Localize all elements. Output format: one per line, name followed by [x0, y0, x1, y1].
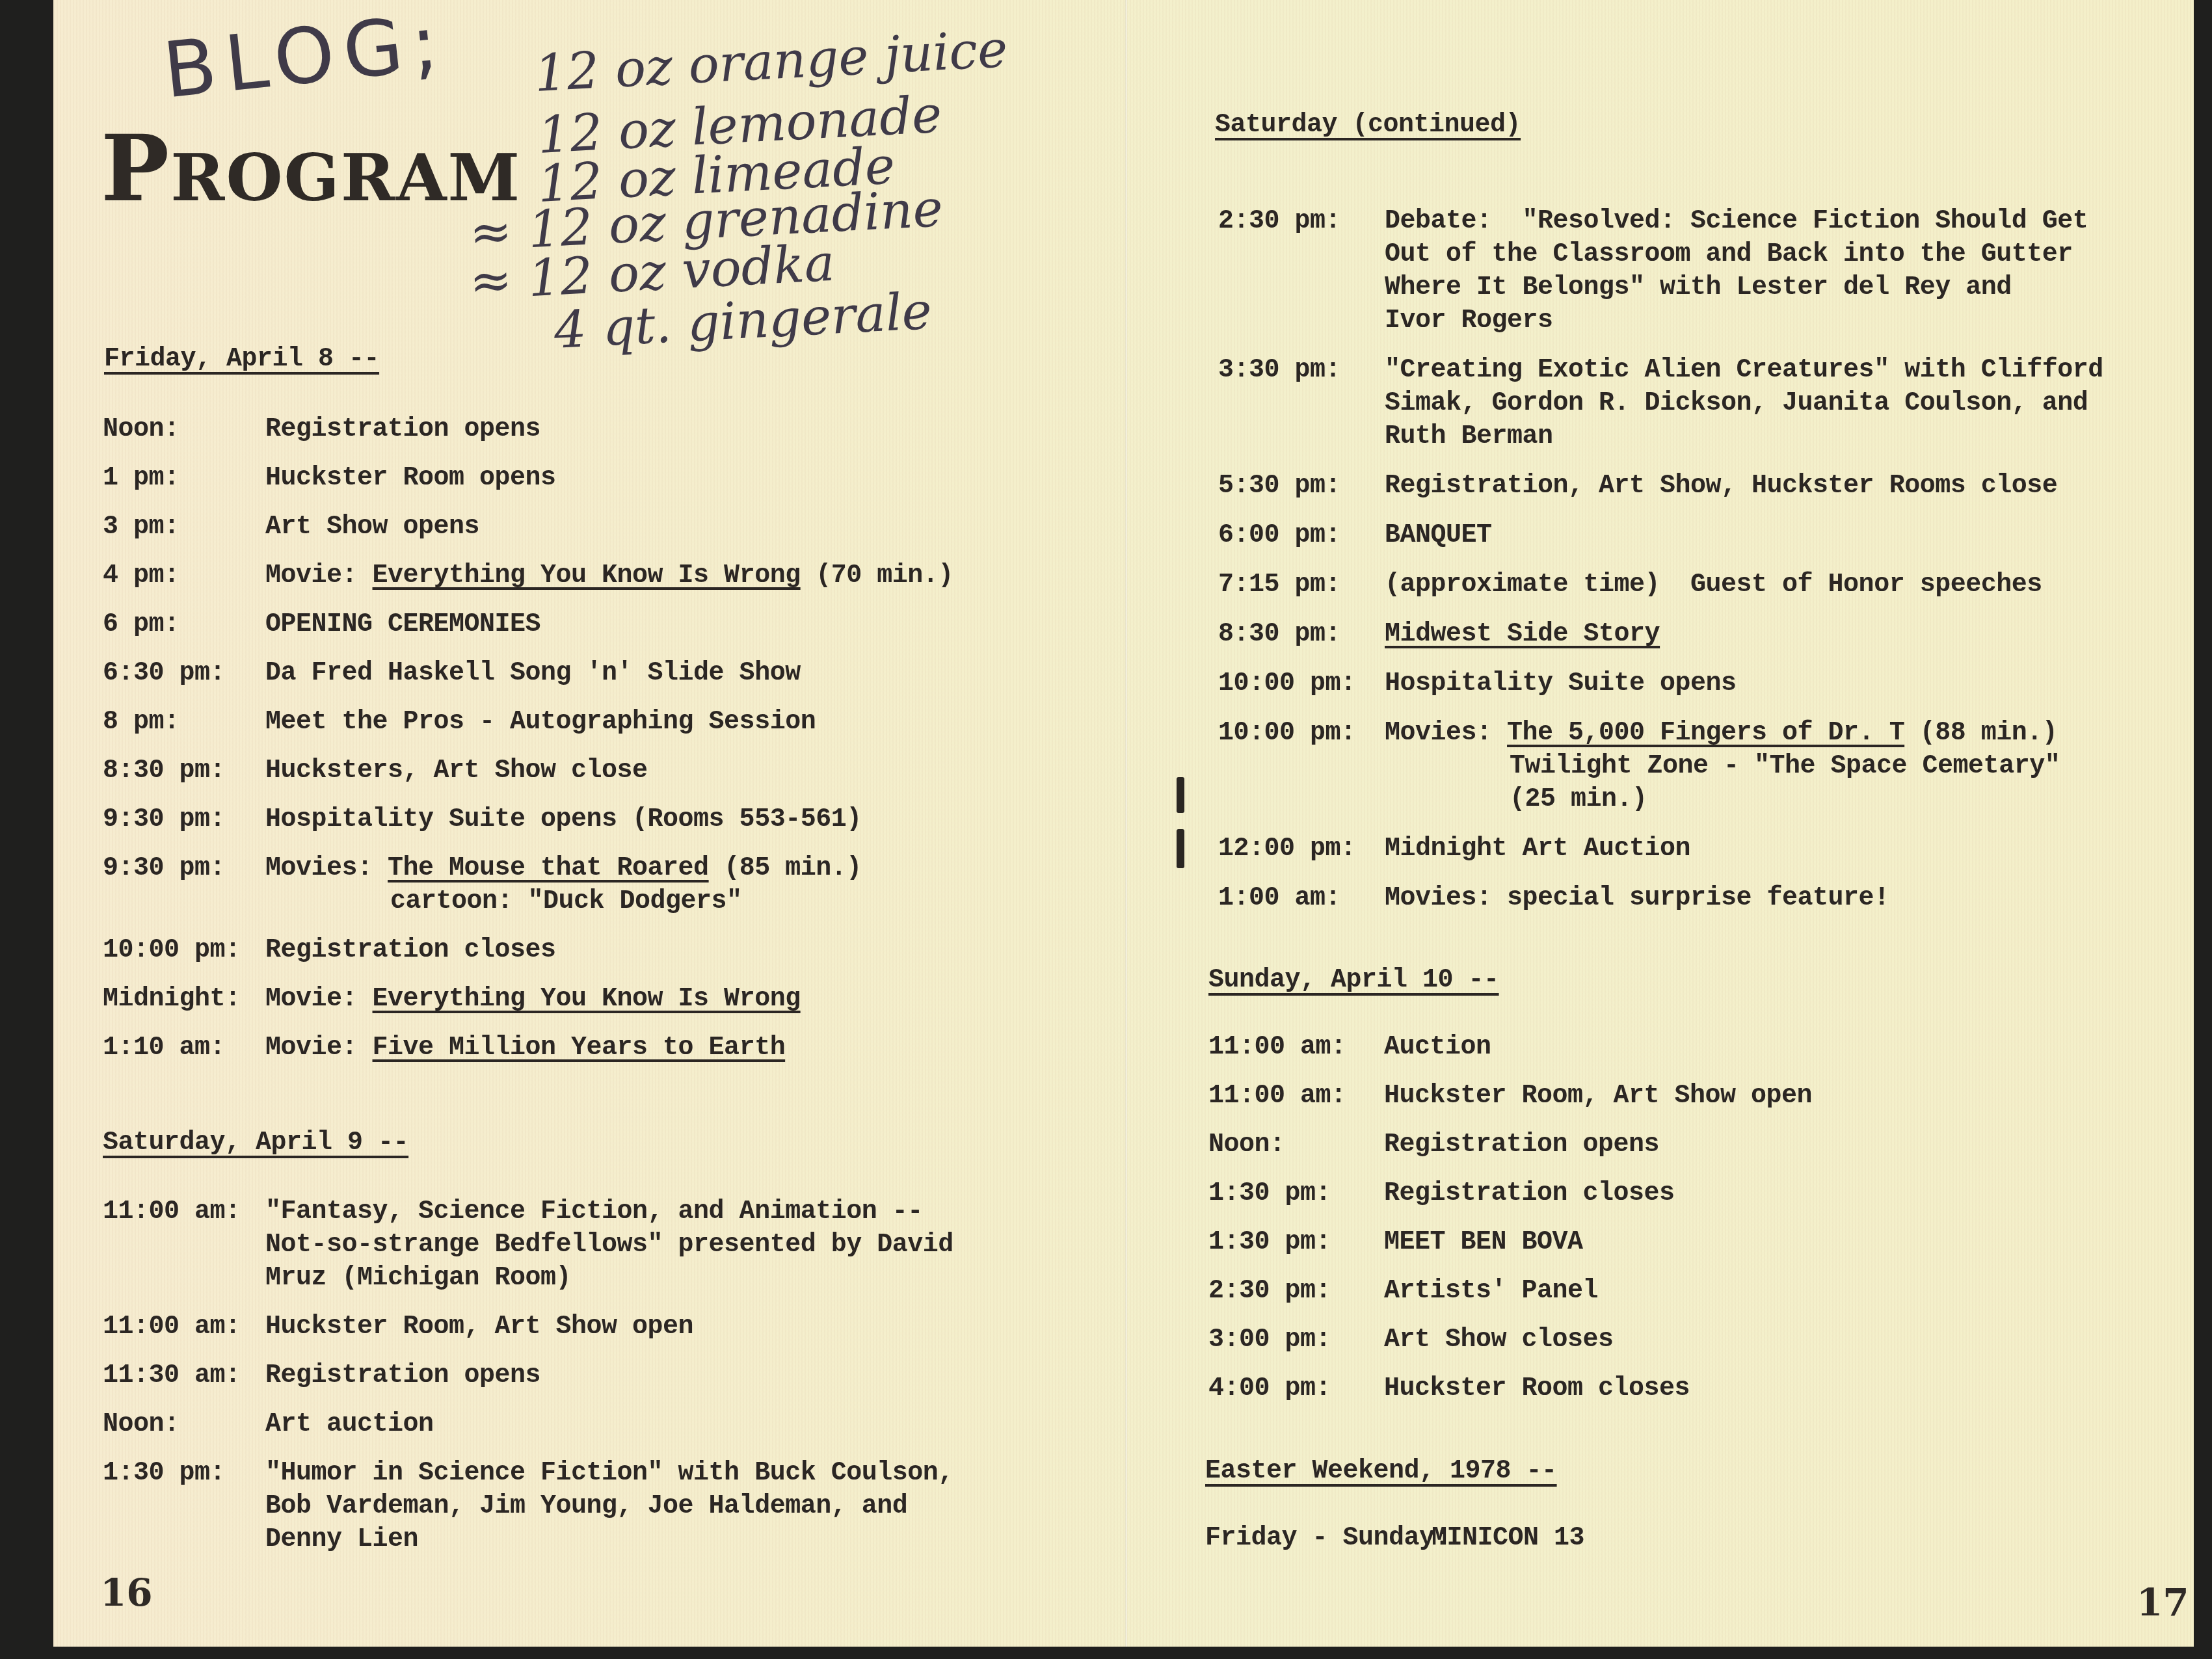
entry-line: BANQUET: [1385, 519, 1492, 552]
entry-line: MINICON 13: [1432, 1522, 1584, 1555]
entry-line: Registration opens: [265, 1359, 540, 1392]
entry-description: "Fantasy, Science Fiction, and Animation…: [265, 1195, 953, 1295]
entry-description: Registration opens: [265, 413, 540, 446]
entry-time: 6:00 pm:: [1218, 519, 1340, 552]
entry-description: Art auction: [265, 1408, 434, 1441]
handwritten-heading: BLOG;: [160, 3, 451, 109]
entry-time: 3:00 pm:: [1208, 1323, 1331, 1357]
entry-description: Art Show closes: [1384, 1323, 1614, 1357]
entry-description: Registration opens: [1384, 1128, 1659, 1161]
entry-time: 1:00 am:: [1218, 882, 1340, 915]
entry-label: Movies:: [265, 854, 388, 883]
entry-label: Movie:: [265, 1033, 373, 1063]
entry-line: Ruth Berman: [1385, 420, 2103, 453]
entry-time: 8 pm:: [103, 706, 180, 739]
entry-time: 3 pm:: [103, 511, 180, 544]
entry-time: 1:30 pm:: [103, 1457, 225, 1490]
movie-title: The 5,000 Fingers of Dr. T: [1507, 719, 1904, 748]
entry-line: Huckster Room, Art Show open: [265, 1310, 693, 1344]
entry-description: "Humor in Science Fiction" with Buck Cou…: [265, 1457, 953, 1556]
entry-time: 11:00 am:: [1208, 1031, 1346, 1064]
entry-time: 2:30 pm:: [1208, 1275, 1331, 1308]
page-number: 16: [100, 1571, 153, 1615]
entry-line: "Creating Exotic Alien Creatures" with C…: [1385, 354, 2103, 387]
entry-line: Registration opens: [265, 413, 540, 446]
page-title: PROGRAM PROGRAM: [101, 124, 521, 215]
entry-description: Movie: Five Million Years to Earth: [265, 1031, 785, 1065]
entry-time: 9:30 pm:: [103, 803, 225, 836]
entry-time: 6 pm:: [103, 608, 180, 641]
movie-title: Midwest Side Story: [1385, 620, 1660, 649]
entry-line: Midnight Art Auction: [1385, 832, 1690, 866]
entry-line: Huckster Room opens: [265, 462, 556, 495]
entry-description: BANQUET: [1385, 519, 1492, 552]
entry-line: Da Fred Haskell Song 'n' Slide Show: [265, 657, 801, 690]
entry-time: Noon:: [1208, 1128, 1285, 1161]
entry-time: 4:00 pm:: [1208, 1372, 1331, 1405]
entry-line: (approximate time) Guest of Honor speech…: [1385, 568, 2042, 602]
entry-time: Noon:: [103, 413, 180, 446]
entry-line: OPENING CEREMONIES: [265, 608, 540, 641]
page-16: BLOG; 12 oz orange juice 12 oz lemonade …: [53, 0, 1125, 1647]
entry-label: Movie:: [265, 985, 373, 1014]
entry-time: 2:30 pm:: [1218, 205, 1340, 238]
entry-description: Huckster Room opens: [265, 462, 556, 495]
entry-line: Hospitality Suite opens: [1385, 667, 1737, 700]
entry-description: Movie: Everything You Know Is Wrong: [265, 983, 801, 1016]
day-header: Easter Weekend, 1978 --: [1205, 1457, 1557, 1486]
entry-description: "Creating Exotic Alien Creatures" with C…: [1385, 354, 2103, 453]
entry-time: 7:15 pm:: [1218, 568, 1340, 602]
entry-line: Bob Vardeman, Jim Young, Joe Haldeman, a…: [265, 1490, 953, 1523]
entry-line: Huckster Room closes: [1384, 1372, 1690, 1405]
entry-line: "Humor in Science Fiction" with Buck Cou…: [265, 1457, 953, 1490]
entry-time: 9:30 pm:: [103, 852, 225, 885]
day-header: Saturday (continued): [1215, 111, 1521, 140]
entry-time: 5:30 pm:: [1218, 470, 1340, 503]
entry-line: Huckster Room, Art Show open: [1384, 1080, 1812, 1113]
entry-time: 10:00 pm:: [1218, 667, 1356, 700]
day-header: Sunday, April 10 --: [1208, 966, 1499, 995]
entry-line: Simak, Gordon R. Dickson, Juanita Coulso…: [1385, 387, 2103, 420]
runtime: (85 min.): [709, 854, 862, 883]
entry-line: Debate: "Resolved: Science Fiction Shoul…: [1385, 205, 2088, 238]
page-number: 17: [2137, 1580, 2189, 1625]
entry-time: 8:30 pm:: [1218, 618, 1340, 651]
entry-description: Movie: Everything You Know Is Wrong (70 …: [265, 559, 953, 592]
runtime: (88 min.): [1904, 719, 2057, 748]
booklet-spread: BLOG; 12 oz orange juice 12 oz lemonade …: [53, 0, 2194, 1647]
entry-time: 12:00 pm:: [1218, 832, 1356, 866]
entry-line: Denny Lien: [265, 1523, 953, 1556]
entry-description: Registration closes: [1384, 1177, 1675, 1210]
entry-subline: (25 min.): [1385, 783, 2060, 816]
entry-line: Movies: special surprise feature!: [1385, 882, 1889, 915]
entry-time: 1 pm:: [103, 462, 180, 495]
entry-description: Hospitality Suite opens: [1385, 667, 1737, 700]
entry-line: Auction: [1384, 1031, 1491, 1064]
day-header: Saturday, April 9 --: [103, 1128, 408, 1158]
entry-time: 8:30 pm:: [103, 754, 225, 788]
entry-time: 10:00 pm:: [1218, 717, 1356, 750]
entry-subline: Twilight Zone - "The Space Cemetary": [1385, 750, 2060, 783]
entry-description: Hucksters, Art Show close: [265, 754, 648, 788]
entry-time: 11:00 am:: [103, 1310, 241, 1344]
runtime: (70 min.): [801, 561, 953, 591]
entry-line: Out of the Classroom and Back into the G…: [1385, 238, 2088, 271]
entry-description: Artists' Panel: [1384, 1275, 1598, 1308]
entry-line: Artists' Panel: [1384, 1275, 1598, 1308]
entry-label: Movie:: [265, 561, 373, 591]
page-17: Saturday (continued) 2:30 pm:Debate: "Re…: [1127, 0, 2194, 1647]
entry-line: "Fantasy, Science Fiction, and Animation…: [265, 1195, 953, 1228]
entry-line: Registration, Art Show, Huckster Rooms c…: [1385, 470, 2057, 503]
entry-description: Huckster Room, Art Show open: [1384, 1080, 1812, 1113]
entry-description: Midnight Art Auction: [1385, 832, 1690, 866]
entry-line: Registration closes: [265, 934, 556, 967]
entry-label: Movies:: [1385, 719, 1507, 748]
entry-time: Midnight:: [103, 983, 241, 1016]
entry-time: 4 pm:: [103, 559, 180, 592]
entry-line: Hospitality Suite opens (Rooms 553-561): [265, 803, 862, 836]
entry-line: MEET BEN BOVA: [1384, 1226, 1583, 1259]
entry-description: Movies: The 5,000 Fingers of Dr. T (88 m…: [1385, 717, 2060, 816]
entry-time: 1:10 am:: [103, 1031, 225, 1065]
entry-time: Friday - Sunday:: [1205, 1522, 1450, 1555]
entry-description: Registration, Art Show, Huckster Rooms c…: [1385, 470, 2057, 503]
entry-description: Hospitality Suite opens (Rooms 553-561): [265, 803, 862, 836]
entry-line: Art Show opens: [265, 511, 479, 544]
entry-description: Movies: The Mouse that Roared (85 min.)c…: [265, 852, 862, 918]
entry-subline: cartoon: "Duck Dodgers": [265, 885, 862, 918]
day-header: Friday, April 8 --: [104, 345, 379, 374]
movie-title: Everything You Know Is Wrong: [373, 561, 801, 591]
entry-time: 11:00 am:: [1208, 1080, 1346, 1113]
movie-title: The Mouse that Roared: [388, 854, 709, 883]
entry-line: Meet the Pros - Autographing Session: [265, 706, 816, 739]
entry-line: Registration opens: [1384, 1128, 1659, 1161]
entry-line: Where It Belongs" with Lester del Rey an…: [1385, 271, 2088, 304]
entry-line: Registration closes: [1384, 1177, 1675, 1210]
entry-description: Debate: "Resolved: Science Fiction Shoul…: [1385, 205, 2088, 338]
entry-time: 10:00 pm:: [103, 934, 241, 967]
entry-description: Registration opens: [265, 1359, 540, 1392]
entry-time: 11:00 am:: [103, 1195, 241, 1228]
entry-time: 1:30 pm:: [1208, 1177, 1331, 1210]
entry-time: Noon:: [103, 1408, 180, 1441]
entry-time: 11:30 am:: [103, 1359, 241, 1392]
entry-time: 3:30 pm:: [1218, 354, 1340, 387]
entry-description: Midwest Side Story: [1385, 618, 1660, 651]
entry-description: Art Show opens: [265, 511, 479, 544]
entry-description: Auction: [1384, 1031, 1491, 1064]
movie-title: Everything You Know Is Wrong: [373, 985, 801, 1014]
entry-description: Movies: special surprise feature!: [1385, 882, 1889, 915]
movie-title: Five Million Years to Earth: [373, 1033, 786, 1063]
entry-description: Da Fred Haskell Song 'n' Slide Show: [265, 657, 801, 690]
entry-line: Art Show closes: [1384, 1323, 1614, 1357]
entry-description: Huckster Room closes: [1384, 1372, 1690, 1405]
entry-line: Art auction: [265, 1408, 434, 1441]
entry-description: Registration closes: [265, 934, 556, 967]
entry-description: (approximate time) Guest of Honor speech…: [1385, 568, 2042, 602]
entry-line: Not-so-strange Bedfellows" presented by …: [265, 1228, 953, 1262]
entry-time: 1:30 pm:: [1208, 1226, 1331, 1259]
entry-time: 6:30 pm:: [103, 657, 225, 690]
entry-description: Meet the Pros - Autographing Session: [265, 706, 816, 739]
entry-description: OPENING CEREMONIES: [265, 608, 540, 641]
entry-line: Hucksters, Art Show close: [265, 754, 648, 788]
entry-description: MINICON 13: [1432, 1522, 1584, 1555]
entry-line: Ivor Rogers: [1385, 304, 2088, 338]
entry-description: MEET BEN BOVA: [1384, 1226, 1583, 1259]
entry-line: Mruz (Michigan Room): [265, 1262, 953, 1295]
entry-description: Huckster Room, Art Show open: [265, 1310, 693, 1344]
